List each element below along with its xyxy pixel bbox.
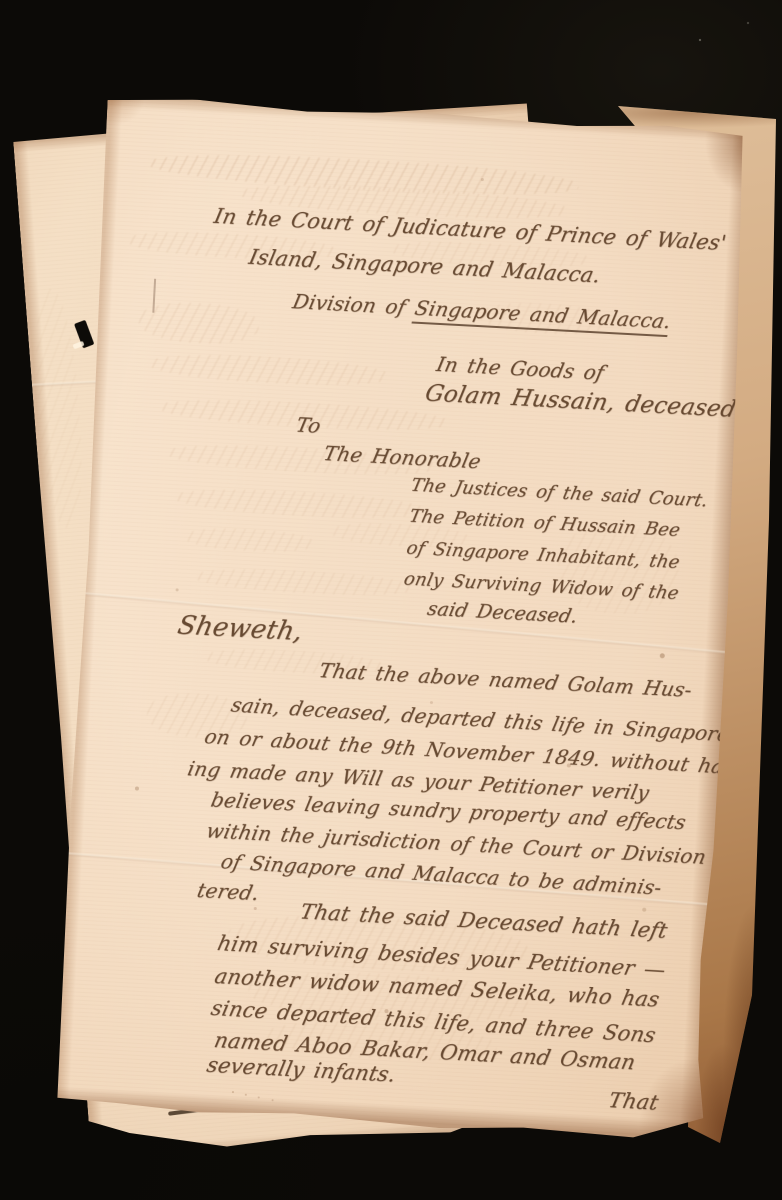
division-heading: Division of Singapore and Malacca. [290, 289, 673, 333]
fox-spot [481, 178, 484, 181]
sheweth-heading: Sheweth, [175, 611, 306, 647]
paragraph1-line: That the above named Golam Hus- [317, 658, 694, 702]
fox-spot [272, 1099, 274, 1101]
salutation-justices: The Justices of the said Court. [409, 475, 710, 512]
ghost-stroke [138, 300, 260, 346]
ghost-stroke [194, 565, 415, 599]
paragraph1-line: tered. [195, 878, 262, 905]
fox-spot [176, 588, 179, 591]
fox-spot [660, 653, 665, 658]
fox-spot [258, 1096, 260, 1098]
deceased-name-line: Golam Hussain, deceased [423, 380, 739, 422]
fox-spot [135, 786, 139, 790]
catchword: That [606, 1088, 660, 1114]
ghost-stroke [174, 485, 425, 522]
ghost-stroke [149, 351, 390, 390]
case-goods-line: In the Goods of [434, 352, 606, 385]
salutation-to: To [294, 413, 323, 438]
fox-spot [245, 1094, 247, 1096]
slit-highlight [72, 341, 84, 350]
fox-spot [232, 1091, 234, 1093]
document-page: In the Court of Judicature of Prince of … [54, 92, 757, 1143]
division-heading-prefix: Division of [290, 289, 417, 319]
photograph-background: { "photo": { "background_color": "#0c0a0… [0, 0, 782, 1200]
fox-spot [642, 908, 646, 912]
ghost-stroke [184, 526, 315, 555]
fox-spot [254, 907, 257, 910]
petitioner-line4: said Deceased. [425, 598, 579, 628]
